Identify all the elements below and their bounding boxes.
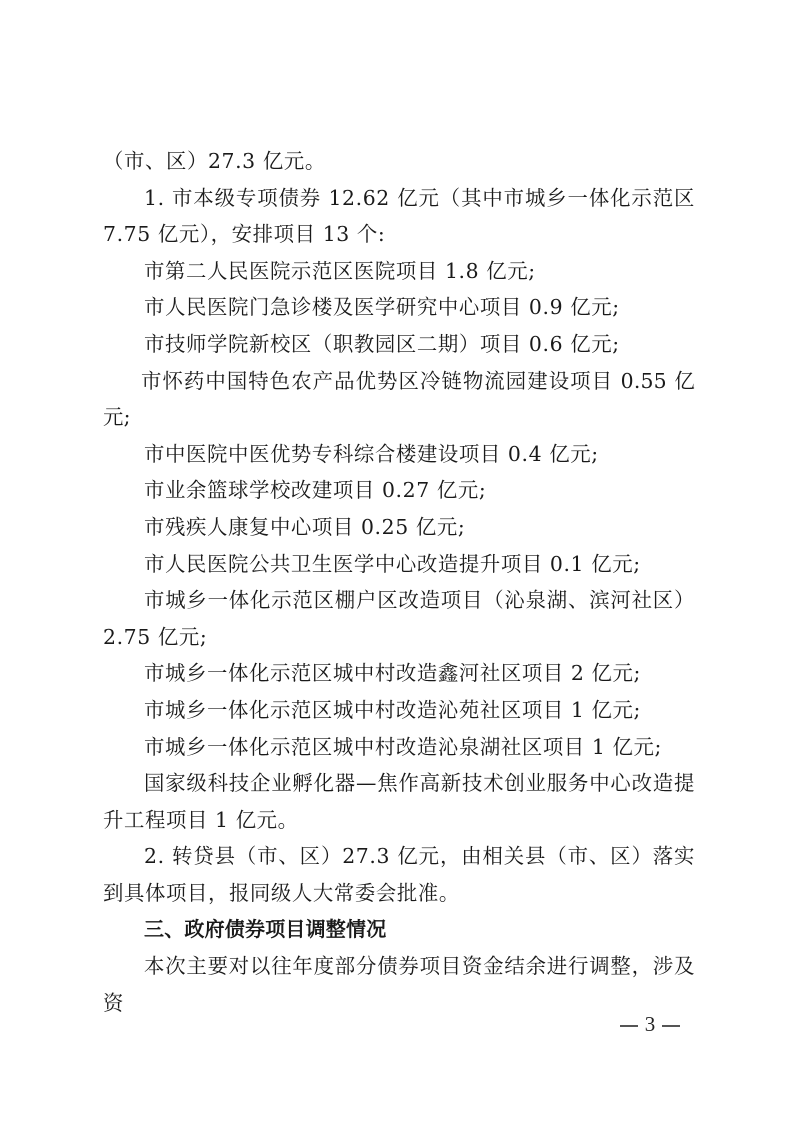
page-number-value: 3	[645, 1012, 656, 1036]
dash-left-decoration	[620, 1025, 638, 1027]
project-line: 市人民医院门急诊楼及医学研究中心项目 0.9 亿元;	[103, 289, 695, 326]
document-body: （市、区）27.3 亿元。 1. 市本级专项债券 12.62 亿元（其中市城乡一…	[103, 143, 695, 1021]
project-line: 市城乡一体化示范区城中村改造沁苑社区项目 1 亿元;	[103, 692, 695, 729]
paragraph-item-1-municipal-bonds: 1. 市本级专项债券 12.62 亿元（其中市城乡一体化示范区 7.75 亿元）…	[103, 180, 695, 253]
project-line: 市城乡一体化示范区城中村改造沁泉湖社区项目 1 亿元;	[103, 729, 695, 766]
project-line: 市技师学院新校区（职教园区二期）项目 0.6 亿元;	[103, 326, 695, 363]
project-line: 市残疾人康复中心项目 0.25 亿元;	[103, 509, 695, 546]
project-line: 市怀药中国特色农产品优势区冷链物流园建设项目 0.55 亿元;	[103, 363, 695, 436]
project-line: 市业余篮球学校改建项目 0.27 亿元;	[103, 472, 695, 509]
project-line: 市城乡一体化示范区城中村改造鑫河社区项目 2 亿元;	[103, 655, 695, 692]
paragraph-continuation: （市、区）27.3 亿元。	[103, 143, 695, 180]
project-line: 市中医院中医优势专科综合楼建设项目 0.4 亿元;	[103, 436, 695, 473]
project-line: 市人民医院公共卫生医学中心改造提升项目 0.1 亿元;	[103, 546, 695, 583]
paragraph-item-2-county-transfer: 2. 转贷县（市、区）27.3 亿元，由相关县（市、区）落实到具体项目，报同级人…	[103, 838, 695, 911]
project-line: 国家级科技企业孵化器—焦作高新技术创业服务中心改造提升工程项目 1 亿元。	[103, 765, 695, 838]
project-line: 市第二人民医院示范区医院项目 1.8 亿元;	[103, 253, 695, 290]
section-heading: 三、政府债券项目调整情况	[103, 911, 695, 948]
project-line: 市城乡一体化示范区棚户区改造项目（沁泉湖、滨河社区）2.75 亿元;	[103, 582, 695, 655]
page-number: 3	[610, 1012, 690, 1037]
document-page: （市、区）27.3 亿元。 1. 市本级专项债券 12.62 亿元（其中市城乡一…	[0, 0, 793, 1122]
paragraph-adjustment: 本次主要对以往年度部分债券项目资金结余进行调整，涉及资	[103, 948, 695, 1021]
dash-right-decoration	[662, 1025, 680, 1027]
